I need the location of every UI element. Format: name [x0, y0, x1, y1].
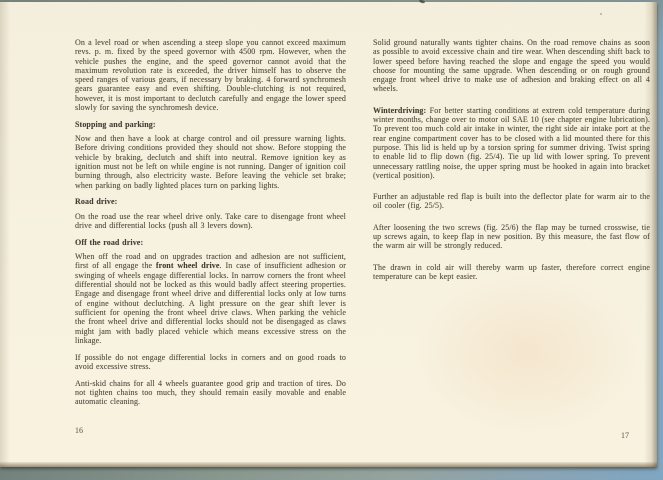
text-segment: The drawn in cold air will thereby warm …	[373, 263, 650, 281]
text-segment: On a level road or when ascending a stee…	[75, 38, 346, 112]
bold-text-segment: Winterdriving:	[373, 106, 426, 115]
text-segment: Anti-skid chains for all 4 wheels guaran…	[75, 379, 346, 407]
left-page-heading: Off the road drive:	[75, 238, 346, 247]
text-segment: After loosening the two screws (fig. 25/…	[373, 223, 650, 251]
page-bottom-edge-shadow	[0, 462, 657, 467]
left-page-text-column: On a level road or when ascending a stee…	[75, 38, 346, 414]
bold-text-segment: front wheel drive	[156, 261, 220, 270]
text-segment: . In case of insufficient adhesion or sw…	[75, 261, 346, 344]
left-page-paragraph: If possible do not engage differential l…	[75, 353, 346, 372]
page-number-left: 16	[75, 426, 83, 435]
right-page-paragraph: The drawn in cold air will thereby warm …	[373, 263, 650, 282]
left-page-paragraph: On the road use the rear wheel drive onl…	[75, 212, 346, 231]
text-segment: For better starting conditions at extrem…	[373, 106, 650, 180]
text-segment: On the road use the rear wheel drive onl…	[75, 212, 346, 230]
right-page-text-column: Solid ground naturally wants tighter cha…	[373, 38, 650, 293]
right-page-paragraph: Further an adjustable red flap is built …	[373, 192, 650, 211]
left-page-paragraph: Anti-skid chains for all 4 wheels guaran…	[75, 379, 346, 407]
scanner-background: On a level road or when ascending a stee…	[0, 0, 663, 480]
scan-speck	[600, 13, 602, 15]
left-page-paragraph: On a level road or when ascending a stee…	[75, 38, 346, 112]
left-page-paragraph: Now and then have a look at charge contr…	[75, 134, 346, 190]
right-page-paragraph: After loosening the two screws (fig. 25/…	[373, 223, 650, 251]
left-page-heading: Stopping and parking:	[75, 120, 346, 129]
page-left-edge-shadow	[0, 2, 10, 467]
text-segment: Further an adjustable red flap is built …	[373, 192, 650, 210]
left-page-paragraph: When off the road and on upgrades tracti…	[75, 252, 346, 345]
page-number-right: 17	[621, 431, 629, 440]
page-right-edge-shadow	[644, 2, 657, 467]
right-page-paragraph: Winterdriving: For better starting condi…	[373, 106, 650, 180]
right-page-paragraph: Solid ground naturally wants tighter cha…	[373, 38, 650, 94]
text-segment: Solid ground naturally wants tighter cha…	[373, 38, 650, 93]
text-segment: If possible do not engage differential l…	[75, 353, 346, 371]
book-spread: On a level road or when ascending a stee…	[0, 2, 657, 467]
text-segment: Now and then have a look at charge contr…	[75, 134, 346, 189]
left-page-heading: Road drive:	[75, 197, 346, 206]
